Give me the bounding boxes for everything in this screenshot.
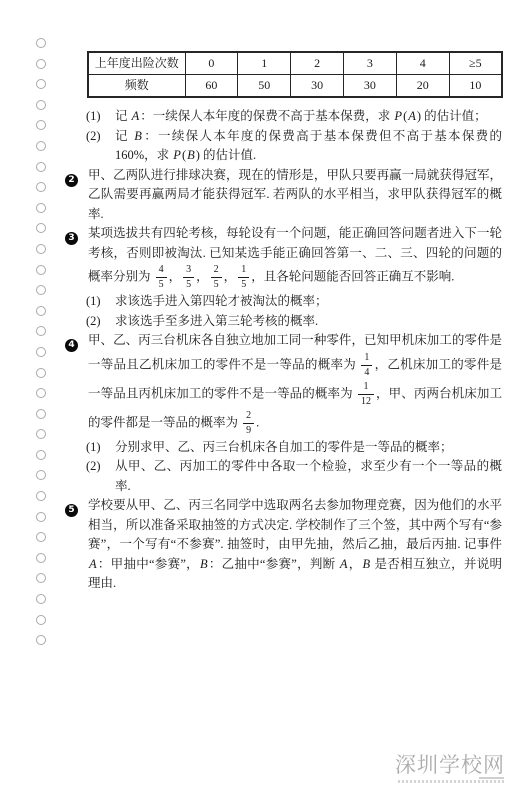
binding-hole bbox=[36, 306, 46, 316]
text-run: 从甲、乙、丙加工的零件中各取一个检验，求至少有一个一等品的概率. bbox=[115, 459, 502, 493]
binding-hole bbox=[36, 388, 46, 398]
sub-item-text: 从甲、乙、丙加工的零件中各取一个检验，求至少有一个一等品的概率. bbox=[115, 457, 502, 496]
table-cell: 0 bbox=[185, 52, 238, 75]
table-row-label: 上年度出险次数 bbox=[88, 52, 185, 75]
problem-text: 学校要从甲、乙、丙三名同学中选取两名去参加物理竞赛，因为他们的水平相当，所以准备… bbox=[88, 496, 502, 594]
fraction-numerator: 3 bbox=[183, 264, 194, 278]
problems: (1)记 A：一续保人本年度的保费不高于基本保费，求 P(A) 的估计值；(2)… bbox=[65, 107, 502, 594]
table-cell: 50 bbox=[238, 75, 291, 98]
sub-item: (2)记 B：一续保人本年度的保费高于基本保费但不高于基本保费的 160%，求 … bbox=[86, 127, 502, 166]
binding-hole bbox=[36, 59, 46, 69]
binding-hole bbox=[36, 635, 46, 645]
text-run: 记 bbox=[115, 109, 131, 123]
problem-text: 甲、乙、丙三台机床各自独立地加工同一种零件，已知甲机床加工的零件是一等品且乙机床… bbox=[88, 331, 502, 438]
binding-hole bbox=[36, 532, 46, 542]
text-run: 求该选手至多进入第三轮考核的概率. bbox=[115, 314, 318, 328]
text-run: ，且各轮问题能否回答正确互不影响. bbox=[251, 269, 454, 283]
binding-hole bbox=[36, 615, 46, 625]
fraction: 45 bbox=[156, 264, 167, 291]
frequency-table-body: 上年度出险次数01234≥5频数605030302010 bbox=[88, 52, 502, 97]
text-run: ：乙抽中“参赛”，判断 bbox=[209, 557, 339, 571]
sub-item-text: 记 B：一续保人本年度的保费高于基本保费但不高于基本保费的 160%，求 P(B… bbox=[115, 127, 502, 166]
sub-item-label: (1) bbox=[86, 292, 115, 312]
sub-item-label: (2) bbox=[86, 312, 115, 332]
binding-hole bbox=[36, 326, 46, 336]
binding-hole bbox=[36, 594, 46, 604]
text-run: 记 bbox=[115, 129, 133, 143]
text-run: ， bbox=[348, 557, 361, 571]
text-run: ， bbox=[196, 269, 209, 283]
math-variable: A bbox=[88, 557, 98, 571]
fraction: 25 bbox=[211, 264, 222, 291]
binding-hole bbox=[36, 38, 46, 48]
binding-hole bbox=[36, 285, 46, 295]
table-cell: 2 bbox=[291, 52, 344, 75]
sub-item-label: (2) bbox=[86, 457, 115, 477]
binding-hole bbox=[36, 553, 46, 563]
binding-hole bbox=[36, 512, 46, 522]
sub-item-label: (1) bbox=[86, 107, 115, 127]
table-cell: 20 bbox=[396, 75, 449, 98]
problem-block: 4甲、乙、丙三台机床各自独立地加工同一种零件，已知甲机床加工的零件是一等品且乙机… bbox=[65, 331, 502, 438]
sub-item-text: 分别求甲、乙、丙三台机床各自加工的零件是一等品的概率； bbox=[115, 438, 502, 458]
text-run: ：甲抽中“参赛”， bbox=[98, 557, 199, 571]
problem-number-badge: 2 bbox=[65, 166, 88, 189]
sub-item: (1)求该选手进入第四轮才被淘汰的概率； bbox=[86, 292, 502, 312]
binding-hole bbox=[36, 223, 46, 233]
math-variable: A bbox=[339, 557, 349, 571]
binding-hole bbox=[36, 573, 46, 583]
table-cell: 1 bbox=[238, 52, 291, 75]
fraction-denominator: 4 bbox=[361, 366, 372, 379]
binding-hole bbox=[36, 450, 46, 460]
fraction-denominator: 5 bbox=[238, 278, 249, 291]
math-variable: B bbox=[186, 148, 196, 162]
sub-item-label: (1) bbox=[86, 438, 115, 458]
footer-smudge-dash bbox=[479, 777, 504, 779]
table-cell: 30 bbox=[291, 75, 344, 98]
binding-hole bbox=[36, 409, 46, 419]
table-cell: 3 bbox=[343, 52, 396, 75]
problem-block: 2甲、乙两队进行排球决赛，现在的情形是，甲队只要再赢一局就获得冠军，乙队需要再赢… bbox=[65, 166, 502, 225]
binding-hole bbox=[36, 162, 46, 172]
binding-hole bbox=[36, 265, 46, 275]
fraction-numerator: 4 bbox=[156, 264, 167, 278]
problem-number: 3 bbox=[65, 232, 78, 245]
binding-hole bbox=[36, 120, 46, 130]
worksheet-page: 上年度出险次数01234≥5频数605030302010 (1)记 A：一续保人… bbox=[0, 0, 527, 792]
binding-hole bbox=[36, 491, 46, 501]
fraction: 15 bbox=[238, 264, 249, 291]
sub-item: (1)记 A：一续保人本年度的保费不高于基本保费，求 P(A) 的估计值； bbox=[86, 107, 502, 127]
binding-hole bbox=[36, 182, 46, 192]
math-variable: P bbox=[172, 148, 182, 162]
table-cell: 60 bbox=[185, 75, 238, 98]
fraction-denominator: 12 bbox=[358, 395, 374, 408]
text-run: 甲、乙两队进行排球决赛，现在的情形是，甲队只要再赢一局就获得冠军，乙队需要再赢两… bbox=[88, 168, 502, 221]
binding-hole bbox=[36, 141, 46, 151]
text-run: ， bbox=[224, 269, 237, 283]
problem-number: 4 bbox=[65, 339, 78, 352]
problem-block: 5学校要从甲、乙、丙三名同学中选取两名去参加物理竞赛，因为他们的水平相当，所以准… bbox=[65, 496, 502, 594]
fraction-numerator: 2 bbox=[243, 410, 254, 424]
fraction-numerator: 1 bbox=[358, 381, 374, 395]
fraction: 35 bbox=[183, 264, 194, 291]
text-run: 学校要从甲、乙、丙三名同学中选取两名去参加物理竞赛，因为他们的水平相当，所以准备… bbox=[88, 498, 502, 551]
fraction-denominator: 5 bbox=[211, 278, 222, 291]
fraction-denominator: 9 bbox=[243, 424, 254, 437]
binding-hole bbox=[36, 347, 46, 357]
sub-item-text: 求该选手进入第四轮才被淘汰的概率； bbox=[115, 292, 502, 312]
sub-item: (2)求该选手至多进入第三轮考核的概率. bbox=[86, 312, 502, 332]
binding-hole bbox=[36, 429, 46, 439]
math-variable: P bbox=[393, 109, 403, 123]
sub-item-label: (2) bbox=[86, 127, 115, 147]
problem-text: 某项选拔共有四轮考核，每轮设有一个问题，能正确回答问题者进入下一轮考核，否则即被… bbox=[88, 224, 502, 292]
math-variable: A bbox=[407, 109, 417, 123]
frequency-table: 上年度出险次数01234≥5频数605030302010 bbox=[87, 51, 503, 98]
sub-item-text: 求该选手至多进入第三轮考核的概率. bbox=[115, 312, 502, 332]
problem-block: 3某项选拔共有四轮考核，每轮设有一个问题，能正确回答问题者进入下一轮考核，否则即… bbox=[65, 224, 502, 292]
binding-hole bbox=[36, 470, 46, 480]
text-run: 分别求甲、乙、丙三台机床各自加工的零件是一等品的概率； bbox=[115, 440, 453, 454]
sub-item-text: 记 A：一续保人本年度的保费不高于基本保费，求 P(A) 的估计值； bbox=[115, 107, 502, 127]
table-cell: 10 bbox=[449, 75, 502, 98]
binding-holes bbox=[36, 38, 48, 656]
text-run: ， bbox=[169, 269, 182, 283]
text-run: ) 的估计值. bbox=[196, 148, 256, 162]
text-run: ) 的估计值； bbox=[417, 109, 487, 123]
watermark: 深圳学校网 bbox=[395, 749, 505, 779]
math-variable: B bbox=[133, 129, 143, 143]
fraction-denominator: 5 bbox=[156, 278, 167, 291]
problem-number-badge: 4 bbox=[65, 331, 88, 354]
table-cell: 4 bbox=[396, 52, 449, 75]
problem-number-badge: 5 bbox=[65, 496, 88, 519]
problem-number: 5 bbox=[65, 504, 78, 517]
table-row-label: 频数 bbox=[88, 75, 185, 98]
table-row: 上年度出险次数01234≥5 bbox=[88, 52, 502, 75]
math-variable: B bbox=[199, 557, 209, 571]
text-run: . bbox=[256, 415, 259, 429]
math-variable: A bbox=[131, 109, 141, 123]
page-content: 上年度出险次数01234≥5频数605030302010 (1)记 A：一续保人… bbox=[65, 46, 502, 594]
text-run: 求该选手进入第四轮才被淘汰的概率； bbox=[115, 294, 328, 308]
binding-hole bbox=[36, 368, 46, 378]
fraction: 14 bbox=[361, 352, 372, 379]
sub-item: (1)分别求甲、乙、丙三台机床各自加工的零件是一等品的概率； bbox=[86, 438, 502, 458]
sub-item: (2)从甲、乙、丙加工的零件中各取一个检验，求至少有一个一等品的概率. bbox=[86, 457, 502, 496]
binding-hole bbox=[36, 79, 46, 89]
math-variable: B bbox=[362, 557, 372, 571]
binding-hole bbox=[36, 100, 46, 110]
fraction: 112 bbox=[358, 381, 374, 408]
fraction-numerator: 2 bbox=[211, 264, 222, 278]
text-run: ：一续保人本年度的保费不高于基本保费，求 bbox=[140, 109, 393, 123]
problem-text: 甲、乙两队进行排球决赛，现在的情形是，甲队只要再赢一局就获得冠军，乙队需要再赢两… bbox=[88, 166, 502, 225]
problem-number-badge: 3 bbox=[65, 224, 88, 247]
table-cell: ≥5 bbox=[449, 52, 502, 75]
fraction: 29 bbox=[243, 410, 254, 437]
problem-number: 2 bbox=[65, 174, 78, 187]
footer-smudge bbox=[398, 780, 504, 783]
fraction-numerator: 1 bbox=[238, 264, 249, 278]
fraction-denominator: 5 bbox=[183, 278, 194, 291]
fraction-numerator: 1 bbox=[361, 352, 372, 366]
table-cell: 30 bbox=[343, 75, 396, 98]
binding-hole bbox=[36, 244, 46, 254]
table-row: 频数605030302010 bbox=[88, 75, 502, 98]
binding-hole bbox=[36, 203, 46, 213]
